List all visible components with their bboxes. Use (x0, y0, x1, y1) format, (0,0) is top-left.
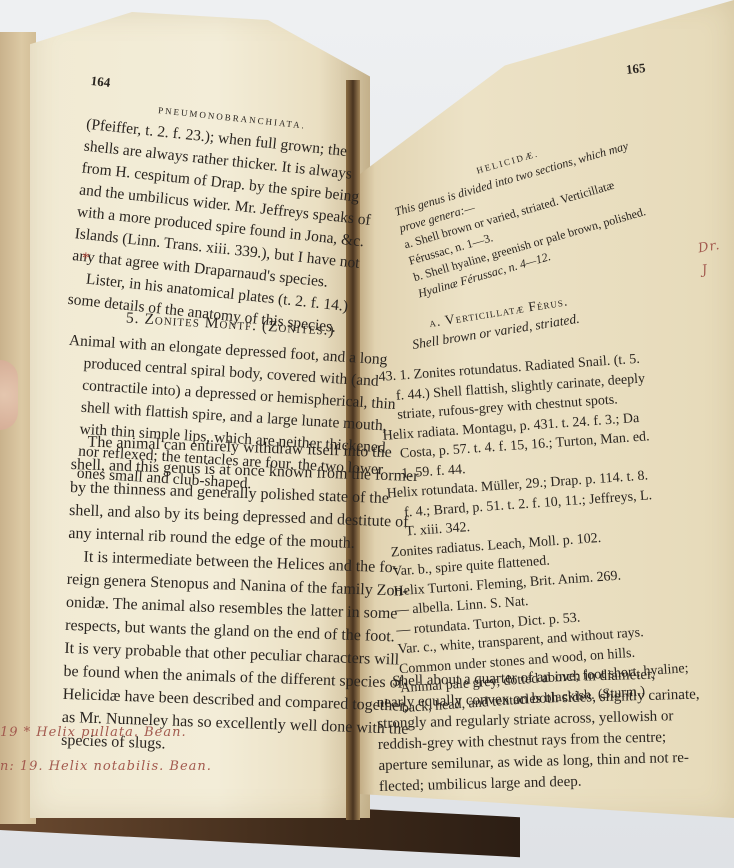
margin-asterisk: * (82, 248, 90, 270)
handwritten-notes: 19 * Helix pullata. Bean. n: 19. Helix n… (0, 722, 360, 778)
handwritten-note: 19 * Helix pullata. Bean. (0, 722, 360, 744)
species-entry: 43. 1. Zonites rotundatus. Radiated Snai… (378, 344, 734, 719)
handwritten-note: n: 19. Helix notabilis. Bean. (0, 756, 360, 778)
shell-description: Shell about a quarter of an inch in diam… (376, 663, 734, 798)
thumb-holding-page (0, 360, 18, 430)
page-number-right: 165 (625, 57, 647, 81)
left-body-section: The animal can entirely withdraw itself … (61, 430, 392, 763)
photo-scene: 164 PNEUMONOBRANCHIATA. (Pfeiffer, t. 2.… (0, 0, 734, 868)
left-page-text: 164 PNEUMONOBRANCHIATA. (Pfeiffer, t. 2.… (92, 70, 392, 312)
